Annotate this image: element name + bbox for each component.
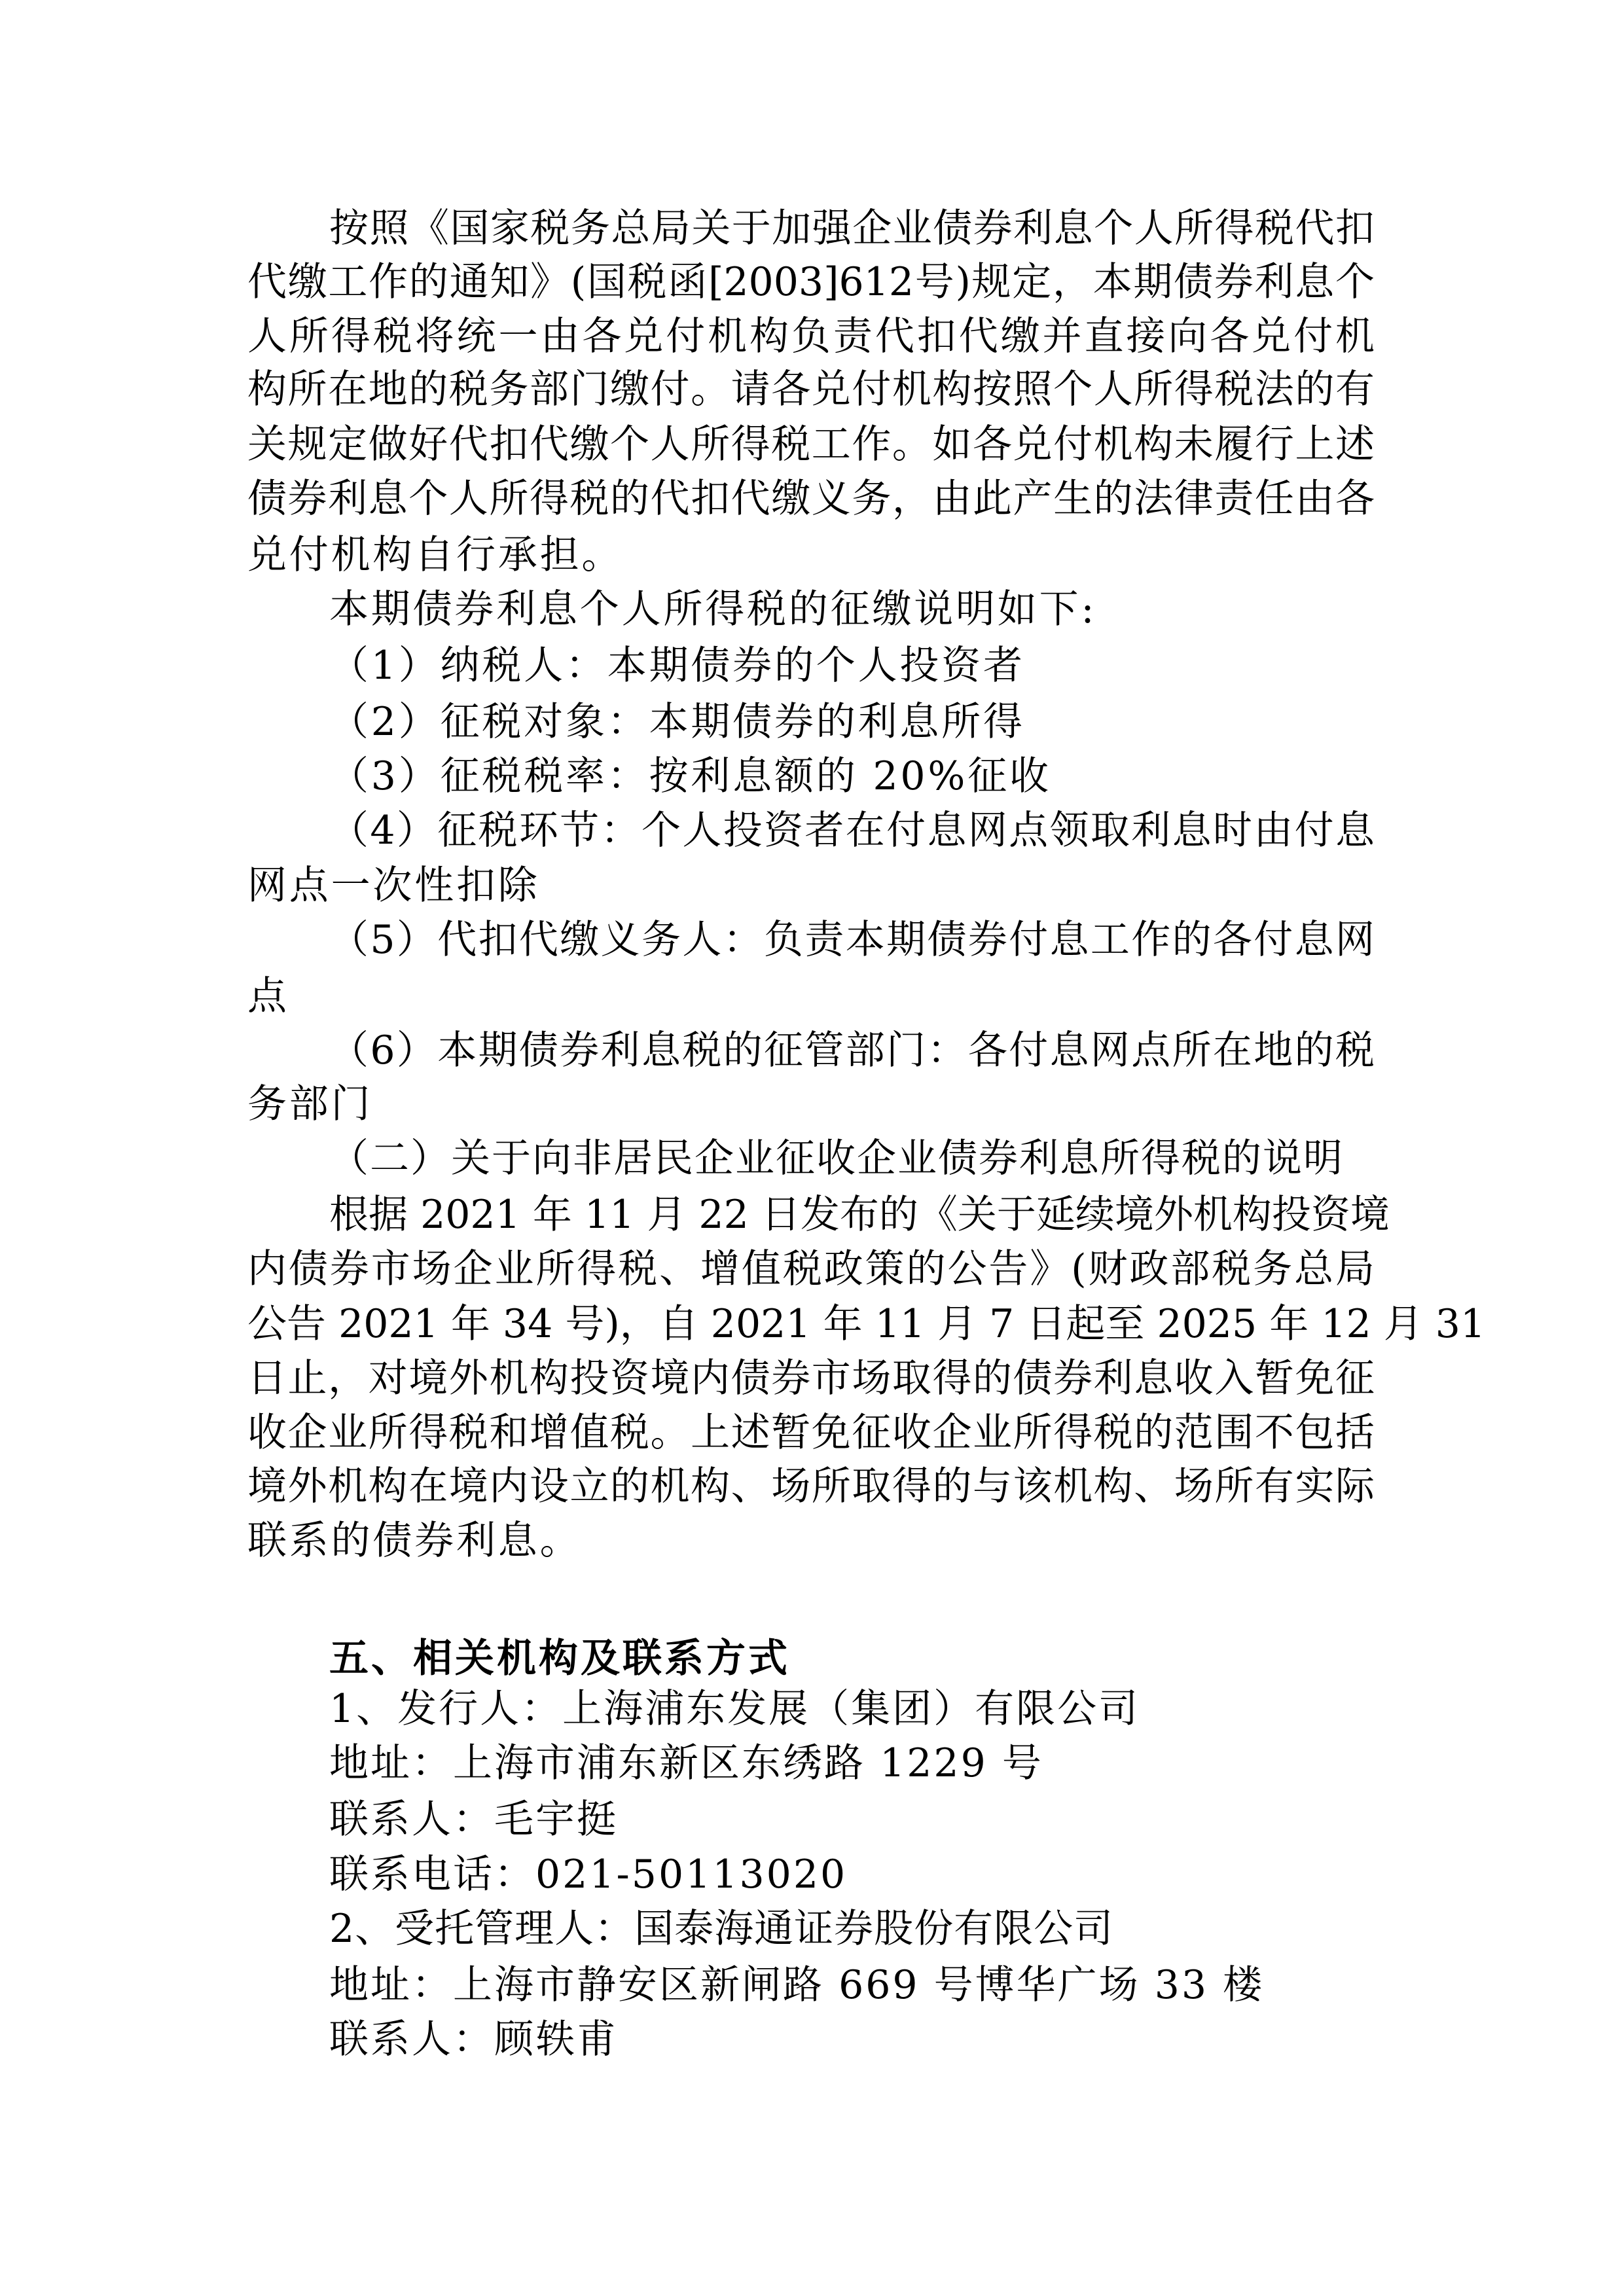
issuer-address: 地址：上海市浦东新区东绣路 1229 号	[329, 1740, 1375, 1786]
issuer-title: 1、发行人：上海浦东发展（集团）有限公司	[329, 1686, 1375, 1732]
trustee-address: 地址：上海市静安区新闸路 669 号博华广场 33 楼	[329, 1962, 1375, 2008]
document-page: 按照《国家税务总局关于加强企业债券利息个人所得税代扣 代缴工作的通知》(国税函[…	[0, 0, 1624, 2296]
tax-item-6-cont: 务部门	[247, 1081, 1375, 1127]
paragraph-line: 日止，对境外机构投资境内债券市场取得的债券利息收入暂免征	[247, 1355, 1375, 1401]
subsection-title: （二）关于向非居民企业征收企业债券利息所得税的说明	[329, 1136, 1375, 1181]
paragraph-line: 联系的债券利息。	[247, 1518, 1375, 1564]
paragraph-line: 构所在地的税务部门缴付。请各兑付机构按照个人所得税法的有	[247, 367, 1375, 412]
paragraph-line: 人所得税将统一由各兑付机构负责代扣代缴并直接向各兑付机	[247, 314, 1375, 359]
paragraph-line: 根据 2021 年 11 月 22 日发布的《关于延续境外机构投资境	[329, 1192, 1375, 1238]
tax-intro: 本期债券利息个人所得税的征缴说明如下:	[329, 586, 1375, 632]
tax-item-1: （1）纳税人：本期债券的个人投资者	[329, 643, 1375, 689]
paragraph-line: 境外机构在境内设立的机构、场所取得的与该机构、场所有实际	[247, 1463, 1375, 1509]
paragraph-line: 公告 2021 年 34 号)，自 2021 年 11 月 7 日起至 2025…	[247, 1301, 1375, 1347]
tax-item-5: （5）代扣代缴义务人：负责本期债券付息工作的各付息网	[329, 917, 1375, 963]
section-heading: 五、相关机构及联系方式	[329, 1636, 1375, 1681]
trustee-title: 2、受托管理人：国泰海通证券股份有限公司	[329, 1906, 1375, 1952]
tax-item-6: （6）本期债券利息税的征管部门：各付息网点所在地的税	[329, 1028, 1375, 1073]
tax-item-3: （3）征税税率：按利息额的 20%征收	[329, 753, 1375, 799]
issuer-phone: 联系电话：021-50113020	[329, 1852, 1375, 1897]
trustee-contact-person: 联系人：顾轶甫	[329, 2017, 1375, 2062]
paragraph-line: 按照《国家税务总局关于加强企业债券利息个人所得税代扣	[329, 206, 1375, 251]
tax-item-4-cont: 网点一次性扣除	[247, 863, 1375, 908]
tax-item-4: （4）征税环节：个人投资者在付息网点领取利息时由付息	[329, 808, 1375, 853]
paragraph-line: 代缴工作的通知》(国税函[2003]612号)规定，本期债券利息个	[247, 259, 1375, 305]
paragraph-line: 债券利息个人所得税的代扣代缴义务，由此产生的法律责任由各	[247, 476, 1375, 522]
paragraph-line: 兑付机构自行承担。	[247, 532, 1375, 578]
tax-item-5-cont: 点	[247, 973, 1375, 1019]
paragraph-line: 收企业所得税和增值税。上述暂免征收企业所得税的范围不包括	[247, 1410, 1375, 1456]
paragraph-line: 关规定做好代扣代缴个人所得税工作。如各兑付机构未履行上述	[247, 422, 1375, 467]
issuer-contact-person: 联系人：毛宇挺	[329, 1797, 1375, 1842]
tax-item-2: （2）征税对象：本期债券的利息所得	[329, 699, 1375, 745]
paragraph-line: 内债券市场企业所得税、增值税政策的公告》(财政部税务总局	[247, 1246, 1375, 1292]
